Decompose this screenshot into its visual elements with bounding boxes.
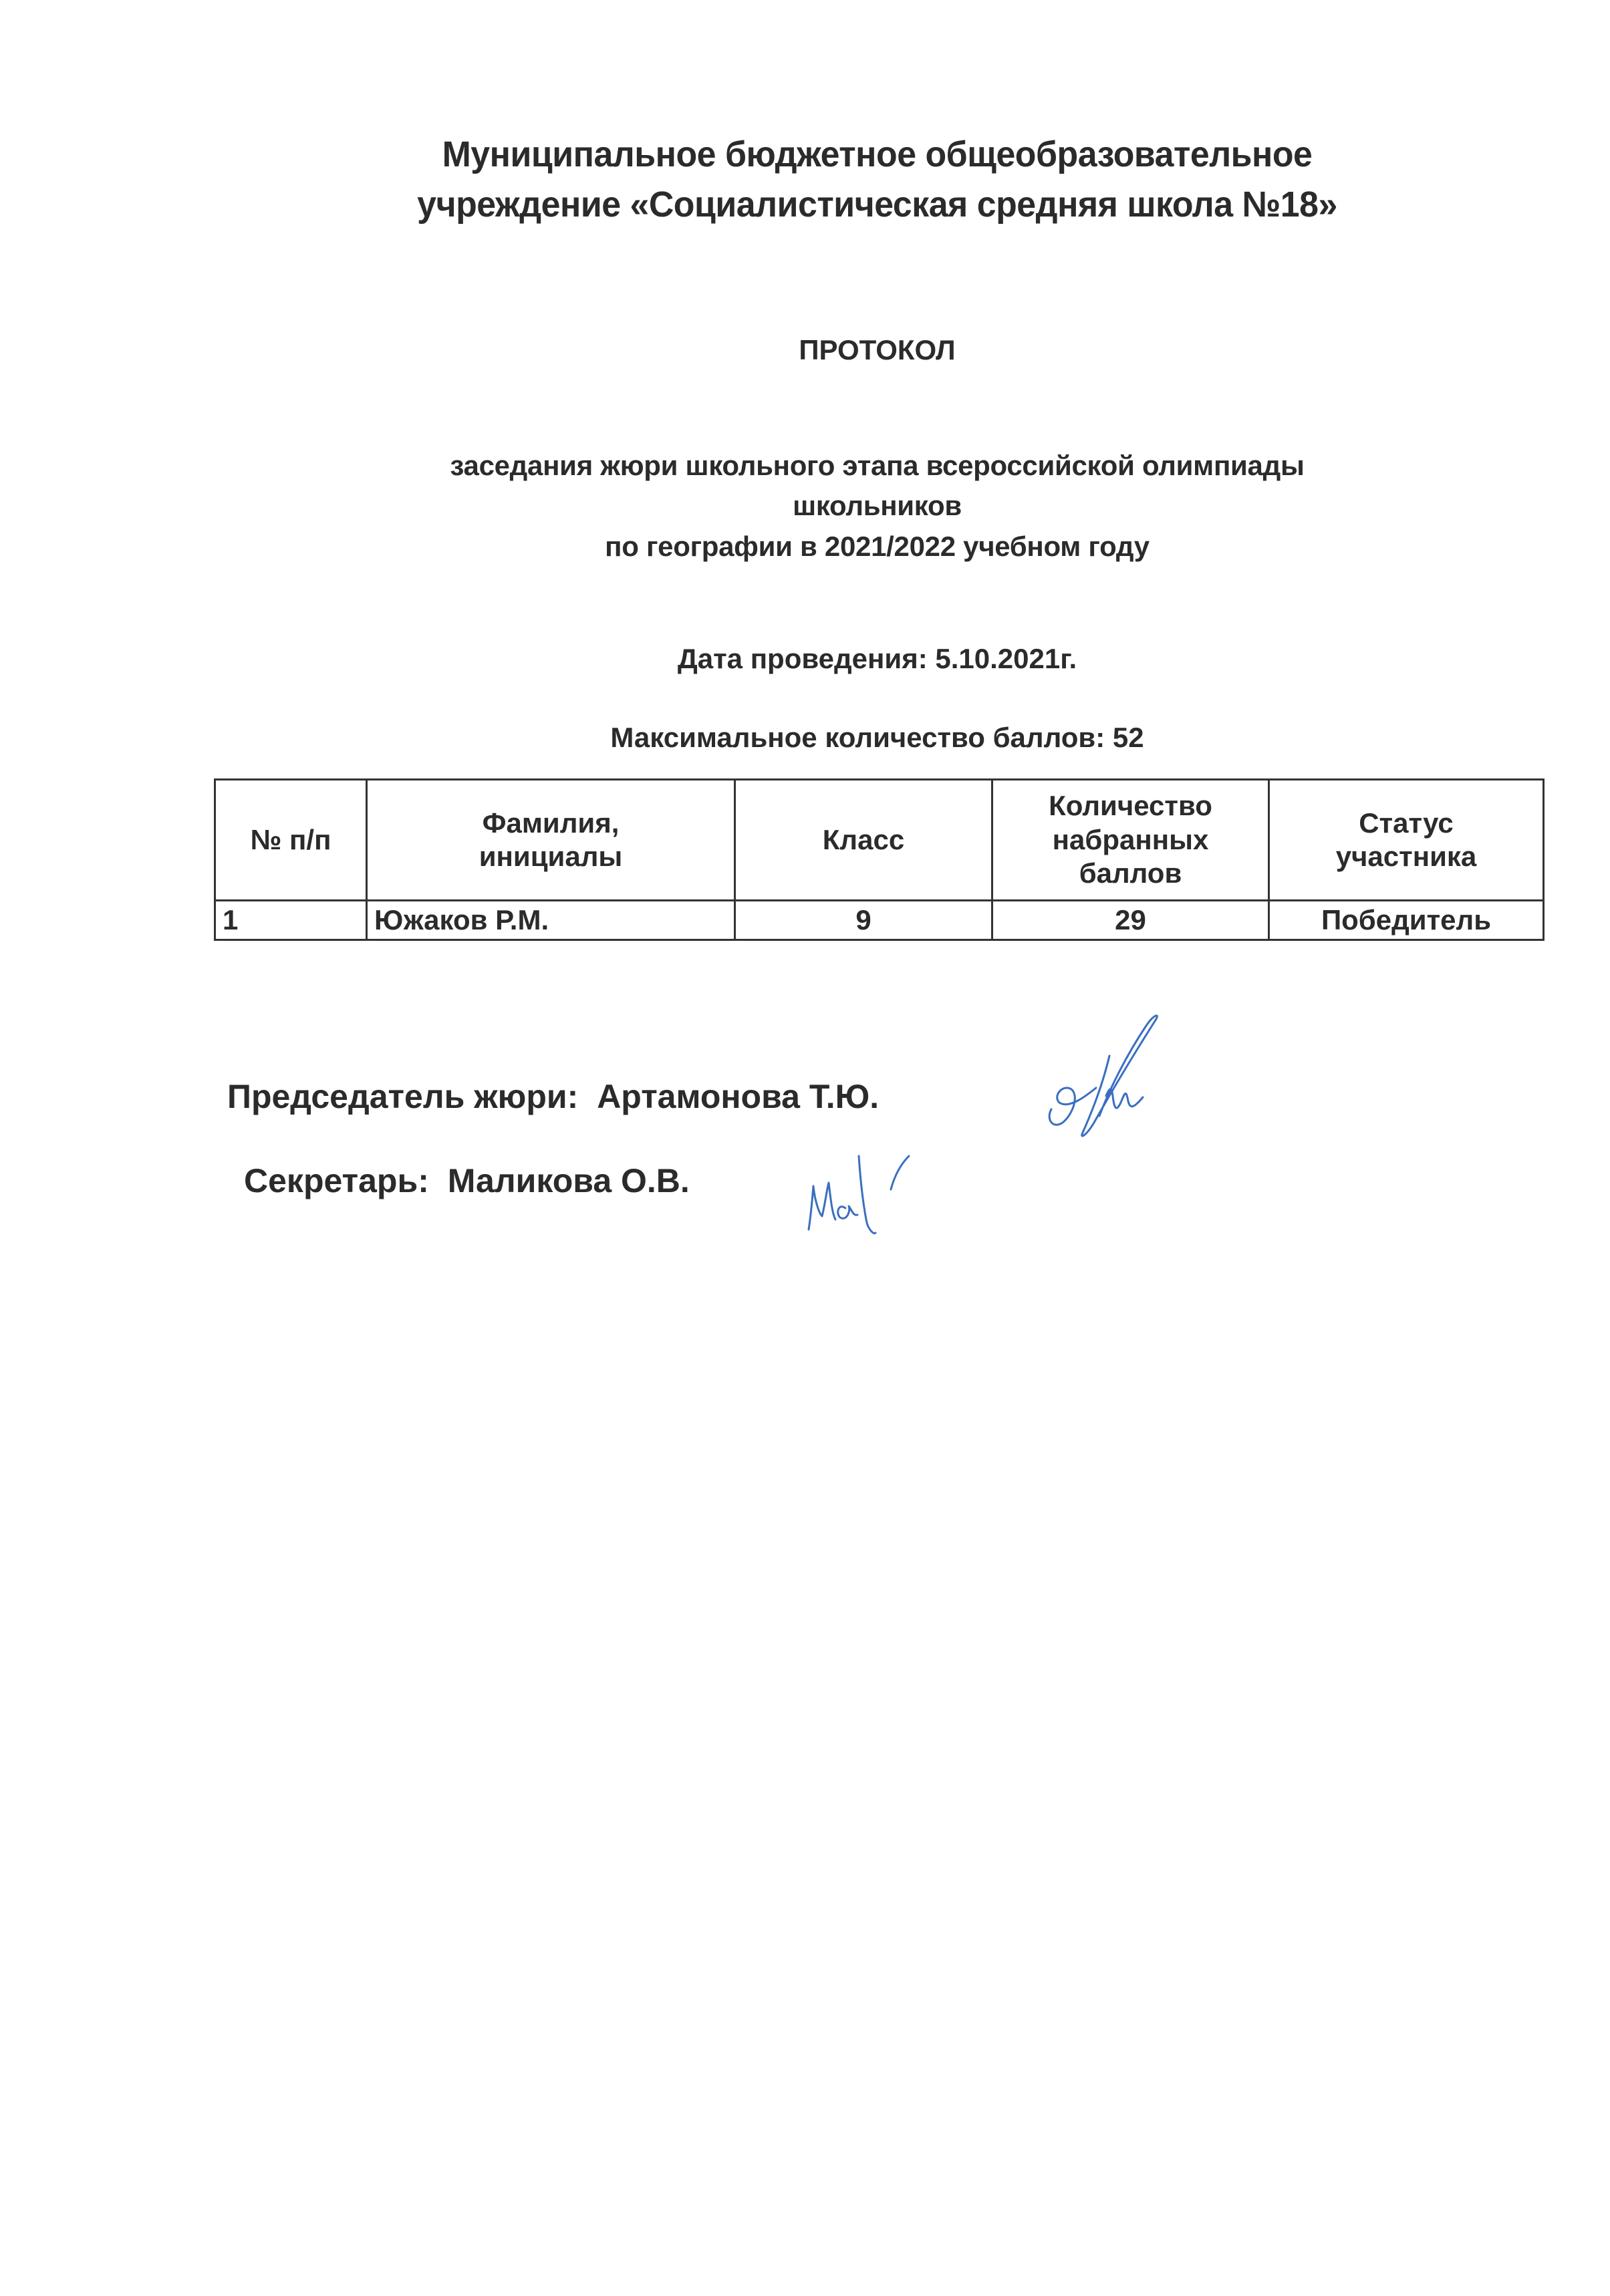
column-header-text: Количество (1000, 789, 1261, 823)
max-points-value: 52 (1113, 722, 1144, 753)
cell-score: 29 (992, 901, 1269, 940)
organization-name-line-2: учреждение «Социалистическая средняя шко… (104, 184, 1610, 225)
event-date-label: Дата проведения: (678, 643, 928, 674)
secretary-label: Секретарь: (244, 1162, 429, 1199)
results-table: № п/п Фамилия, инициалы Класс Количество… (214, 778, 1545, 941)
column-header-text: участника (1277, 840, 1536, 873)
column-header-text: № п/п (223, 823, 359, 857)
document-subtitle-line-3: по географии в 2021/2022 учебном году (72, 531, 1610, 563)
cell-number: 1 (215, 901, 367, 940)
column-header-text: Класс (743, 823, 984, 857)
column-header-text: набранных (1000, 823, 1261, 857)
max-points: Максимальное количество баллов: 52 (72, 722, 1610, 754)
event-date: Дата проведения: 5.10.2021г. (72, 643, 1610, 675)
column-header-status: Статус участника (1269, 780, 1544, 901)
document-subtitle-line-1: заседания жюри школьного этапа всероссий… (72, 450, 1610, 482)
max-points-label: Максимальное количество баллов: (610, 722, 1105, 753)
column-header-name: Фамилия, инициалы (367, 780, 735, 901)
cell-name: Южаков Р.М. (367, 901, 735, 940)
column-header-text: Статус (1277, 807, 1536, 840)
column-header-text: инициалы (374, 840, 727, 873)
table-row: 1 Южаков Р.М. 9 29 Победитель (215, 901, 1544, 940)
cell-grade: 9 (735, 901, 992, 940)
secretary-name: Маликова О.В. (448, 1162, 690, 1199)
document-subtitle-line-2: школьников (72, 490, 1610, 522)
event-date-value: 5.10.2021г. (935, 643, 1077, 674)
column-header-text: баллов (1000, 857, 1261, 890)
secretary-signature-icon (792, 1136, 912, 1236)
jury-chair-name: Артамонова Т.Ю. (597, 1078, 879, 1115)
table-header-row: № п/п Фамилия, инициалы Класс Количество… (215, 780, 1544, 901)
chair-signature-icon (1033, 1002, 1186, 1143)
column-header-score: Количество набранных баллов (992, 780, 1269, 901)
column-header-number: № п/п (215, 780, 367, 901)
jury-chair-signature-line: Председатель жюри: Артамонова Т.Ю. (227, 1077, 879, 1116)
jury-chair-label: Председатель жюри: (227, 1078, 578, 1115)
document-title: ПРОТОКОЛ (72, 334, 1610, 366)
organization-name-line-1: Муниципальное бюджетное общеобразователь… (104, 134, 1610, 175)
column-header-text: Фамилия, (374, 807, 727, 840)
secretary-signature-line: Секретарь: Маликова О.В. (244, 1161, 690, 1200)
cell-status: Победитель (1269, 901, 1544, 940)
column-header-grade: Класс (735, 780, 992, 901)
